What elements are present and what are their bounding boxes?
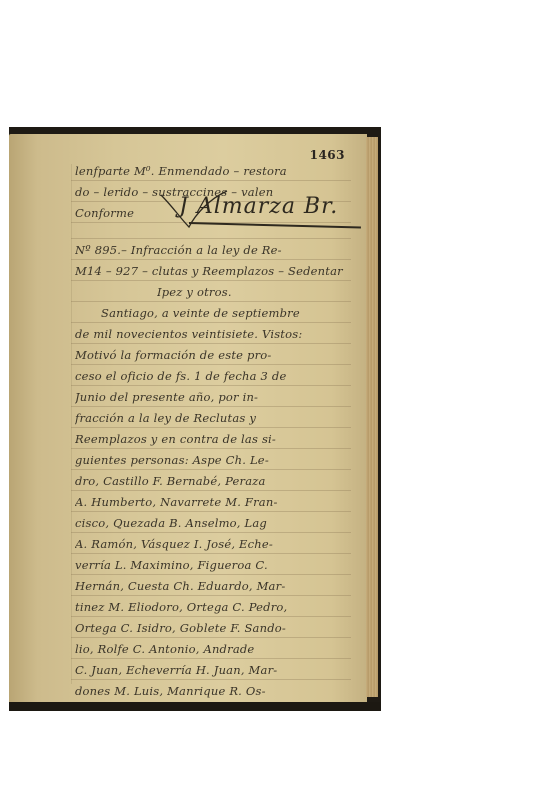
- ruled-line: [71, 511, 351, 512]
- text-line: Motivó la formación de este pro-: [75, 348, 360, 362]
- text-line: ceso el oficio de fs. 1 de fecha 3 de: [75, 369, 360, 383]
- ruled-line: [71, 259, 351, 260]
- ruled-line: [71, 553, 351, 554]
- text-line: Ortega C. Isidro, Goblete F. Sando-: [75, 621, 360, 635]
- ruled-line: [71, 595, 351, 596]
- text-line: A. Ramón, Vásquez I. José, Eche-: [75, 537, 360, 551]
- text-line: dones M. Luis, Manrique R. Os-: [75, 684, 360, 698]
- ruled-line: [71, 238, 351, 239]
- document-scan: 1463 lenfparte M⁰. Enmendado – restora d…: [9, 127, 381, 711]
- text-line: guientes personas: Aspe Ch. Le-: [75, 453, 360, 467]
- ruled-line: [71, 469, 351, 470]
- ruled-line: [71, 406, 351, 407]
- text-line: dro, Castillo F. Bernabé, Peraza: [75, 474, 360, 488]
- ruled-line: [71, 322, 351, 323]
- ruled-line: [71, 385, 351, 386]
- ruled-line: [71, 616, 351, 617]
- ruled-line: [71, 658, 351, 659]
- ruled-line: [71, 427, 351, 428]
- ruled-line: [71, 364, 351, 365]
- text-line: Hernán, Cuesta Ch. Eduardo, Mar-: [75, 579, 360, 593]
- ruled-line: [71, 448, 351, 449]
- text-line: A. Humberto, Navarrete M. Fran-: [75, 495, 360, 509]
- ruled-line: [71, 301, 351, 302]
- text-line: Nº 895.– Infracción a la ley de Re-: [75, 243, 360, 257]
- text-line: C. Juan, Echeverría H. Juan, Mar-: [75, 663, 360, 677]
- text-line: Santiago, a veinte de septiembre: [101, 306, 361, 320]
- text-line: Junio del presente año, por in-: [75, 390, 360, 404]
- ruled-line: [71, 679, 351, 680]
- text-line: fracción a la ley de Reclutas y: [75, 411, 360, 425]
- signature: J Almarza Br.: [179, 194, 338, 219]
- ruled-line: [71, 280, 351, 281]
- ruled-line: [71, 343, 351, 344]
- ruled-line: [71, 574, 351, 575]
- margin-line: [71, 164, 72, 684]
- text-line: Ipez y otros.: [157, 285, 357, 299]
- text-line: Reemplazos y en contra de las si-: [75, 432, 360, 446]
- ruled-line: [71, 532, 351, 533]
- text-line: lio, Rolfe C. Antonio, Andrade: [75, 642, 360, 656]
- ledger-page: 1463 lenfparte M⁰. Enmendado – restora d…: [9, 134, 367, 702]
- text-line: Conforme: [75, 206, 165, 220]
- text-line: de mil novecientos veintisiete. Vistos:: [75, 327, 360, 341]
- text-line: tinez M. Eliodoro, Ortega C. Pedro,: [75, 600, 360, 614]
- ruled-line: [71, 490, 351, 491]
- text-line: cisco, Quezada B. Anselmo, Lag: [75, 516, 360, 530]
- ruled-line: [71, 180, 351, 181]
- text-line: M14 – 927 – clutas y Reemplazos – Sedent…: [75, 264, 360, 278]
- text-line: verría L. Maximino, Figueroa C.: [75, 558, 360, 572]
- ruled-line: [71, 637, 351, 638]
- page-number: 1463: [310, 148, 345, 162]
- page-edges: [366, 137, 378, 697]
- binding-shadow: [9, 702, 381, 711]
- text-line: lenfparte M⁰. Enmendado – restora: [75, 164, 360, 178]
